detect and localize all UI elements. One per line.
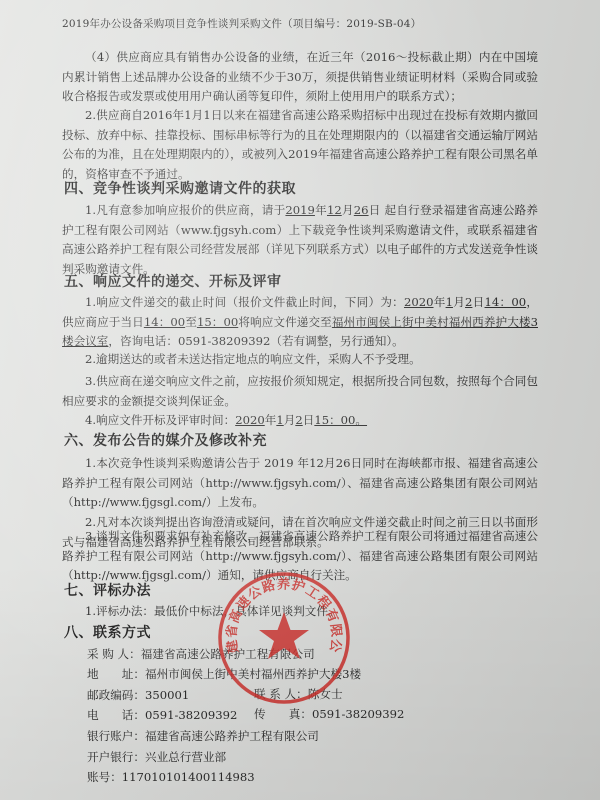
section-4-paragraph-1: 1.凡有意参加响应报价的供应商，请于2019年12月26日 起自行登录福建省高速… xyxy=(62,201,538,279)
underlined-month: 12 xyxy=(327,203,342,217)
document-header: 2019年办公设备采购项目竞争性谈判采购文件（项目编号：2019-SB-04） xyxy=(62,16,421,31)
underlined-year: 2019 xyxy=(285,203,315,217)
section-7-paragraph-1: 1.评标办法：最低价中标法，具体详见谈判文件。 xyxy=(62,602,538,622)
underlined-year: 2020 xyxy=(404,295,434,309)
text: 1.响应文件递交的截止时间（报价文件截止时间，下同）为： xyxy=(85,295,404,309)
purchaser-row: 采 购 人：福建省高速公路养护工程有限公司 xyxy=(87,645,315,664)
label: 采 购 人： xyxy=(87,647,141,661)
value: 0591-38209392 xyxy=(145,708,237,722)
section-5-paragraph-4: 4.响应文件开标及评审时间：2020年1月2日15：00。 xyxy=(62,411,538,431)
label: 邮政编码： xyxy=(87,688,145,702)
section-5-title: 五、响应文件的递交、开标及评审 xyxy=(64,271,282,291)
value: 福州市闽侯上街中美村福州西养护大楼3楼 xyxy=(145,667,361,681)
section-6-paragraph-3: 3.谈判文件和要求如有补充修改，福建省高速公路养护工程有限公司将通过福建省高速公… xyxy=(62,527,538,586)
text: 月 xyxy=(342,203,354,217)
text: 年 xyxy=(315,203,327,217)
underlined-day: 26 xyxy=(354,203,369,217)
value: 117010101400114983 xyxy=(122,770,255,784)
text: 1.凡有意参加响应报价的供应商，请于 xyxy=(85,203,285,217)
value: 350001 xyxy=(145,688,189,702)
underlined-end-time: 15：00 xyxy=(197,315,238,329)
underlined-time: 14：00 xyxy=(485,295,527,309)
underlined-year: 2020 xyxy=(235,413,265,427)
underlined-start-time: 14：00 xyxy=(144,315,185,329)
bank-account-row: 银行账户：福建省高速公路养护工程有限公司 xyxy=(87,727,319,746)
underlined-day: 2 xyxy=(295,413,302,427)
value: 陈女士 xyxy=(308,687,343,701)
address-row: 地 址：福州市闽侯上街中美村福州西养护大楼3楼 xyxy=(87,665,361,684)
fax-row: 传 真：0591-38209392 xyxy=(254,706,404,722)
label: 地 址： xyxy=(87,667,145,681)
underlined-day: 2 xyxy=(465,295,472,309)
qualification-item-2: 2.供应商自2016年1月1日以来在福建省高速公路采购招标中出现过在投标有效期内… xyxy=(62,106,538,184)
section-4-title: 四、竞争性谈判采购邀请文件的获取 xyxy=(64,178,296,198)
qualification-item-4: （4）供应商应具有销售办公设备的业绩，在近三年（2016～投标截止期）内在中国境… xyxy=(62,48,538,107)
label: 电 话： xyxy=(87,708,145,722)
document-page: 2019年办公设备采购项目竞争性谈判采购文件（项目编号：2019-SB-04） … xyxy=(0,0,600,800)
phone-row: 电 话：0591-38209392 xyxy=(87,706,237,725)
text: ，咨询电话：0591-38209392（若有调整，另行通知）。 xyxy=(108,334,403,348)
section-8-title: 八、联系方式 xyxy=(64,622,151,642)
value: 0591-38209392 xyxy=(312,707,404,721)
bank-row: 开户银行：兴业总行营业部 xyxy=(87,748,226,767)
text: 日 xyxy=(369,203,381,217)
label: 传 真： xyxy=(254,707,312,721)
label: 账号： xyxy=(87,770,122,784)
section-7-title: 七、评标办法 xyxy=(64,580,151,600)
section-5-paragraph-2: 2.逾期送达的或者未送达指定地点的响应文件，采购人不予受理。 xyxy=(62,350,538,370)
section-6-paragraph-1: 1.本次竞争性谈判采购邀请公告于 2019 年12月26日同时在海峡都市报、福建… xyxy=(62,454,538,513)
section-5-paragraph-1: 1.响应文件递交的截止时间（报价文件截止时间，下同）为：2020年1月2日14：… xyxy=(62,293,538,352)
label: 开户银行： xyxy=(87,750,145,764)
text: 将响应文件递交至 xyxy=(238,315,332,329)
section-5-paragraph-3: 3.供应商在递交响应文件之前，应按报价须知规定，根据所投合同包数，按照每个合同包… xyxy=(62,372,538,411)
value: 兴业总行营业部 xyxy=(145,750,226,764)
underlined-month: 1 xyxy=(276,413,283,427)
text: 至 xyxy=(185,315,197,329)
postcode-row: 邮政编码：350001 xyxy=(87,686,189,705)
value: 福建省高速公路养护工程有限公司 xyxy=(141,647,315,661)
contact-person-row: 联 系 人：陈女士 xyxy=(254,686,343,702)
text: 4.响应文件开标及评审时间： xyxy=(85,413,235,427)
label: 联 系 人： xyxy=(254,687,308,701)
account-number-row: 账号：117010101400114983 xyxy=(87,768,255,787)
underlined-time: 15：00。 xyxy=(314,413,367,427)
underlined-month: 1 xyxy=(446,295,453,309)
value: 福建省高速公路养护工程有限公司 xyxy=(145,729,319,743)
label: 银行账户： xyxy=(87,729,145,743)
section-6-title: 六、发布公告的媒介及修改补充 xyxy=(64,430,267,450)
